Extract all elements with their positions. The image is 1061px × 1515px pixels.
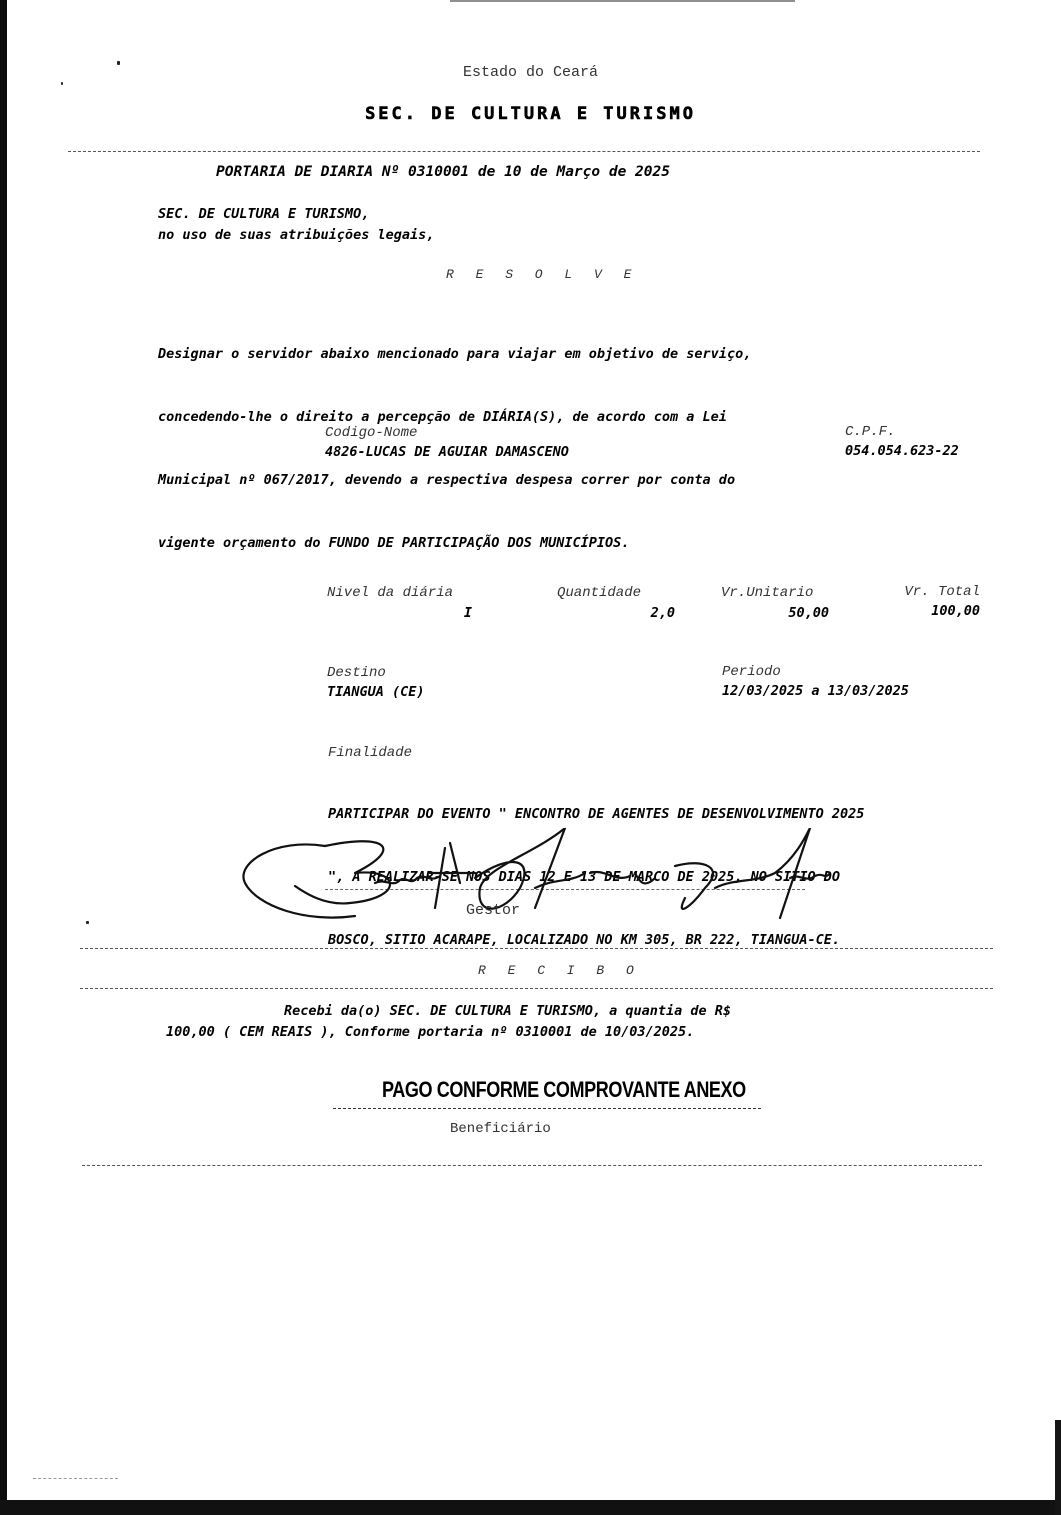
resolve-heading: R E S O L V E [446,267,638,282]
nivel-value: I [400,605,472,621]
destino-label: Destino [327,665,386,681]
total-value: 100,00 [880,603,980,619]
agency-title: SEC. DE CULTURA E TURISMO [0,104,1061,124]
cpf-label: C.P.F. [845,424,895,440]
resolution-line: vigente orçamento do FUNDO DE PARTICIPAÇ… [158,533,751,554]
portaria-title: PORTARIA DE DIARIA Nº 0310001 de 10 de M… [216,164,670,180]
scan-border-bottom [0,1500,1061,1515]
periodo-label: Periodo [722,664,781,680]
recibo-heading: R E C I B O [478,963,641,978]
gestor-signature [235,828,835,928]
divider-bottom [82,1165,982,1166]
finalidade-label: Finalidade [328,745,412,761]
divider-recibo-top [80,948,993,949]
resolution-line: concedendo-lhe o direito a percepção de … [158,407,751,428]
scan-border-right [1055,1420,1061,1515]
state-name: Estado do Ceará [0,64,1061,81]
scan-speck [86,921,89,924]
resolution-line: Designar o servidor abaixo mencionado pa… [158,344,751,365]
resolution-line: Municipal nº 067/2017, devendo a respect… [158,470,751,491]
destino-value: TIANGUA (CE) [327,684,425,700]
codigo-nome-value: 4826-LUCAS DE AGUIAR DAMASCENO [325,444,569,460]
preamble-text: no uso de suas atribuições legais, [158,227,434,243]
scan-border-left [0,0,7,1515]
recibo-line-2: 100,00 ( CEM REAIS ), Conforme portaria … [166,1024,694,1040]
unitario-value: 50,00 [740,605,829,621]
gestor-label: Gestor [466,902,520,919]
finalidade-line: PARTICIPAR DO EVENTO " ENCONTRO DE AGENT… [328,804,864,825]
nivel-label: Nivel da diária [327,585,453,601]
quantidade-value: 2,0 [600,605,675,621]
quantidade-label: Quantidade [557,585,641,601]
resolution-paragraph: Designar o servidor abaixo mencionado pa… [158,302,751,575]
recibo-line-1: Recebi da(o) SEC. DE CULTURA E TURISMO, … [284,1003,731,1019]
preamble-agency: SEC. DE CULTURA E TURISMO, [158,206,369,222]
scan-speck [61,82,63,85]
codigo-nome-label: Codigo-Nome [325,425,417,441]
beneficiario-signature-line [333,1108,761,1109]
total-label: Vr. Total [860,584,980,600]
unitario-label: Vr.Unitario [721,585,813,601]
periodo-value: 12/03/2025 a 13/03/2025 [722,683,909,699]
divider-recibo-bottom [80,988,993,989]
scan-edge-top [450,0,795,2]
beneficiario-label: Beneficiário [450,1121,551,1137]
cpf-value: 054.054.623-22 [845,443,959,459]
scan-mark [33,1478,118,1479]
paid-stamp: PAGO CONFORME COMPROVANTE ANEXO [382,1077,746,1103]
divider-top [68,151,980,152]
